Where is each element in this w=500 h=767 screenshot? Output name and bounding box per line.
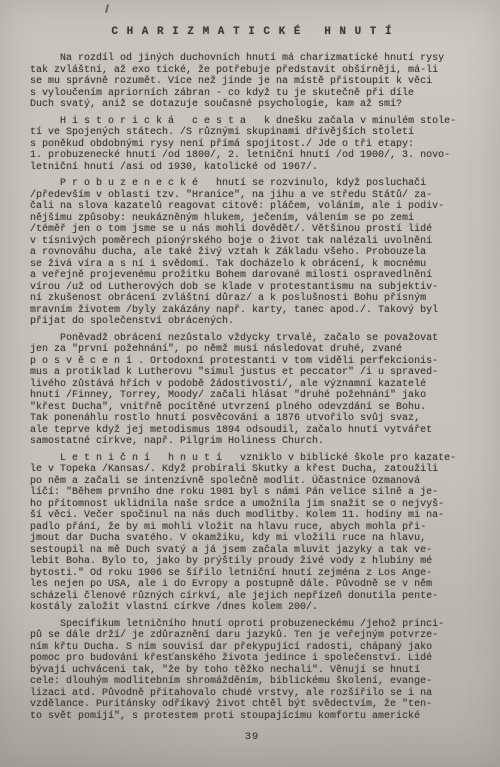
stray-ink-mark <box>105 4 109 13</box>
paragraph-sanctification: Poněvadž obrácení nezůstalo vždycky trva… <box>30 333 474 448</box>
paragraph-historical-path: H i s t o r i c k á c e s t a k dnešku z… <box>30 116 474 174</box>
paragraph-revival-movement: P r o b u z e n e c k é hnutí se rozvinu… <box>30 178 474 328</box>
paragraph-introduction: Na rozdíl od jiných duchovních hnutí má … <box>30 53 474 111</box>
paragraph-specifics: Specifikum letničního hnutí oproti probu… <box>30 619 474 723</box>
page-title: C H A R I Z M A T I C K É H N U T Í <box>30 24 474 38</box>
paragraph-pentecostal-movement: L e t n i č n í h n u t í vzniklo v bibl… <box>30 453 474 614</box>
scanned-document-page: C H A R I Z M A T I C K É H N U T Í Na r… <box>0 0 500 767</box>
page-number: 39 <box>30 731 474 743</box>
